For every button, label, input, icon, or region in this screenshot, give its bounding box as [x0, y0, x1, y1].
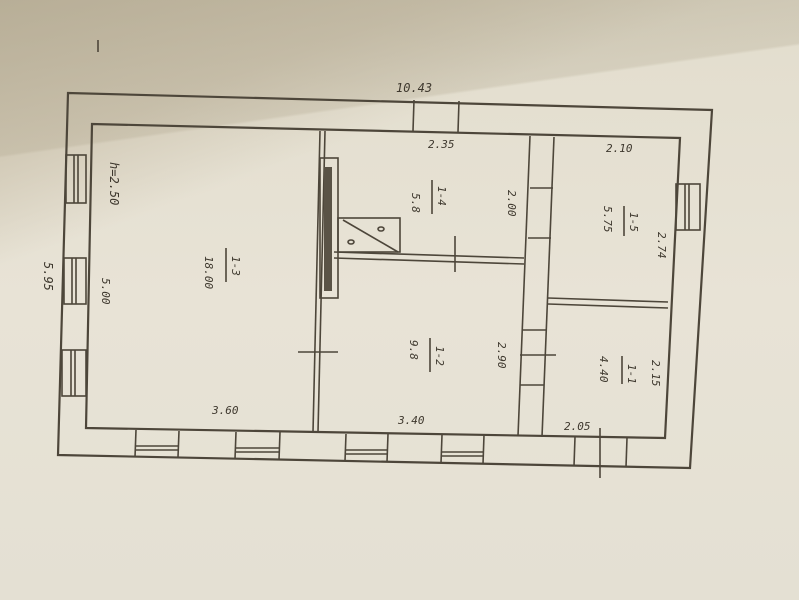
room-1-1-width: 2.05	[564, 420, 591, 433]
room-1-1-depth: 2.15	[649, 360, 662, 387]
room-1-3-area: 18.00	[202, 256, 215, 289]
ceiling-height-label: h=2.50	[107, 162, 121, 205]
floor-plan: 10.43 5.95 h=2.50 1-3 18.00 3.60 5.00 1-…	[0, 0, 799, 600]
stove	[320, 158, 400, 298]
room-1-1-area: 4.40	[597, 356, 610, 383]
windows-left	[62, 155, 86, 396]
room-1-5-width: 2.10	[606, 142, 633, 155]
room-1-5-area: 5.75	[601, 206, 614, 233]
room-1-4-id: 1-4	[435, 186, 448, 206]
room-1-5-id: 1-5	[627, 212, 640, 232]
room-1-2-id: 1-2	[433, 346, 446, 366]
room-1-2-width: 3.40	[397, 414, 425, 427]
room-1-4-depth: 2.00	[505, 190, 518, 217]
overall-depth-label: 5.95	[41, 262, 55, 291]
room-1-4-area: 5.8	[409, 193, 422, 213]
room-1-2-area: 9.8	[407, 340, 420, 360]
room-1-3-width: 3.60	[211, 404, 239, 417]
window-top	[413, 100, 459, 132]
interior-walls	[298, 131, 668, 437]
room-1-3-depth: 5.00	[99, 278, 112, 305]
window-right	[676, 184, 700, 230]
room-1-4-width: 2.35	[428, 138, 455, 151]
overall-width-label: 10.43	[396, 81, 432, 95]
room-1-3-id: 1-3	[229, 256, 242, 276]
room-1-5-depth: 2.74	[655, 232, 668, 259]
room-1-1-id: 1-1	[625, 364, 638, 384]
room-1-2-depth: 2.90	[495, 342, 508, 369]
